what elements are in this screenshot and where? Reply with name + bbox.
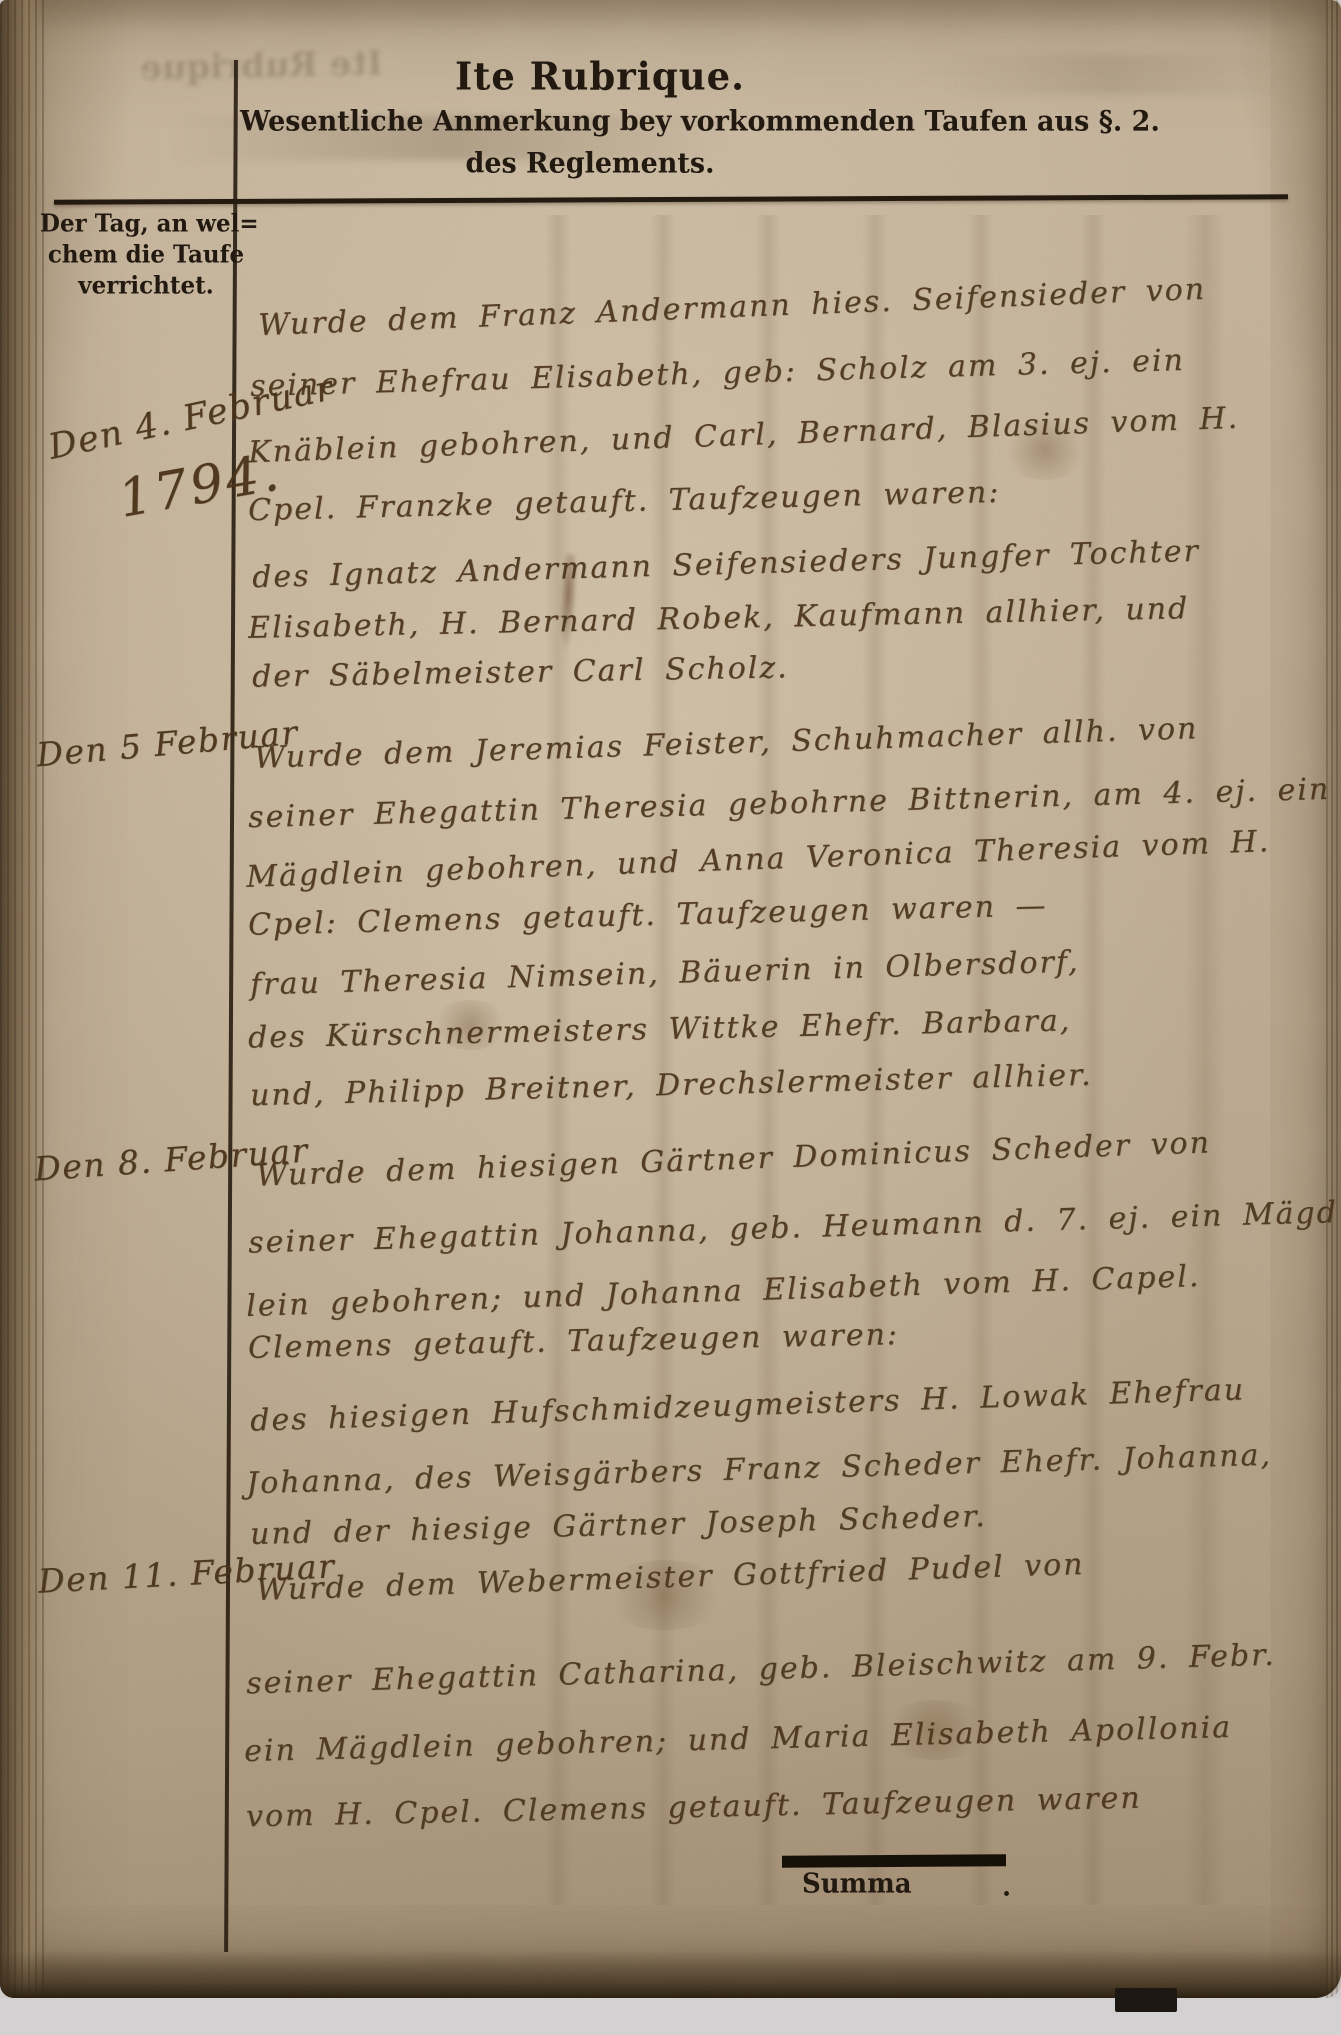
baptism-register-scan: Ite Rubrique Ite Rubrique. Wesentliche A… [0,0,1341,2035]
date-column-header-line2: chem die Taufe [40,240,252,268]
scan-marker [1115,1988,1177,2012]
page-title: Ite Rubrique. [440,53,760,99]
header-annotation-line2: des Reglements. [240,147,940,179]
paper-crease [650,215,676,1905]
bleed-through-smudge [940,54,1280,94]
book-binding-edge [0,0,46,1998]
paper-crease [545,215,571,1905]
header-annotation-line1: Wesentliche Anmerkung bey vorkommenden T… [240,105,940,137]
summa-rule-bar [782,1854,1006,1868]
date-column-header-line3: verrichtet. [40,271,252,299]
page-stack-edge [1326,0,1341,1998]
summa-label: Summa [802,1868,912,1899]
bleed-through-text: Ite Rubrique [140,43,384,88]
date-column-header-line1: Der Tag, an wel= [40,209,252,237]
summa-mark: . [1002,1871,1011,1902]
